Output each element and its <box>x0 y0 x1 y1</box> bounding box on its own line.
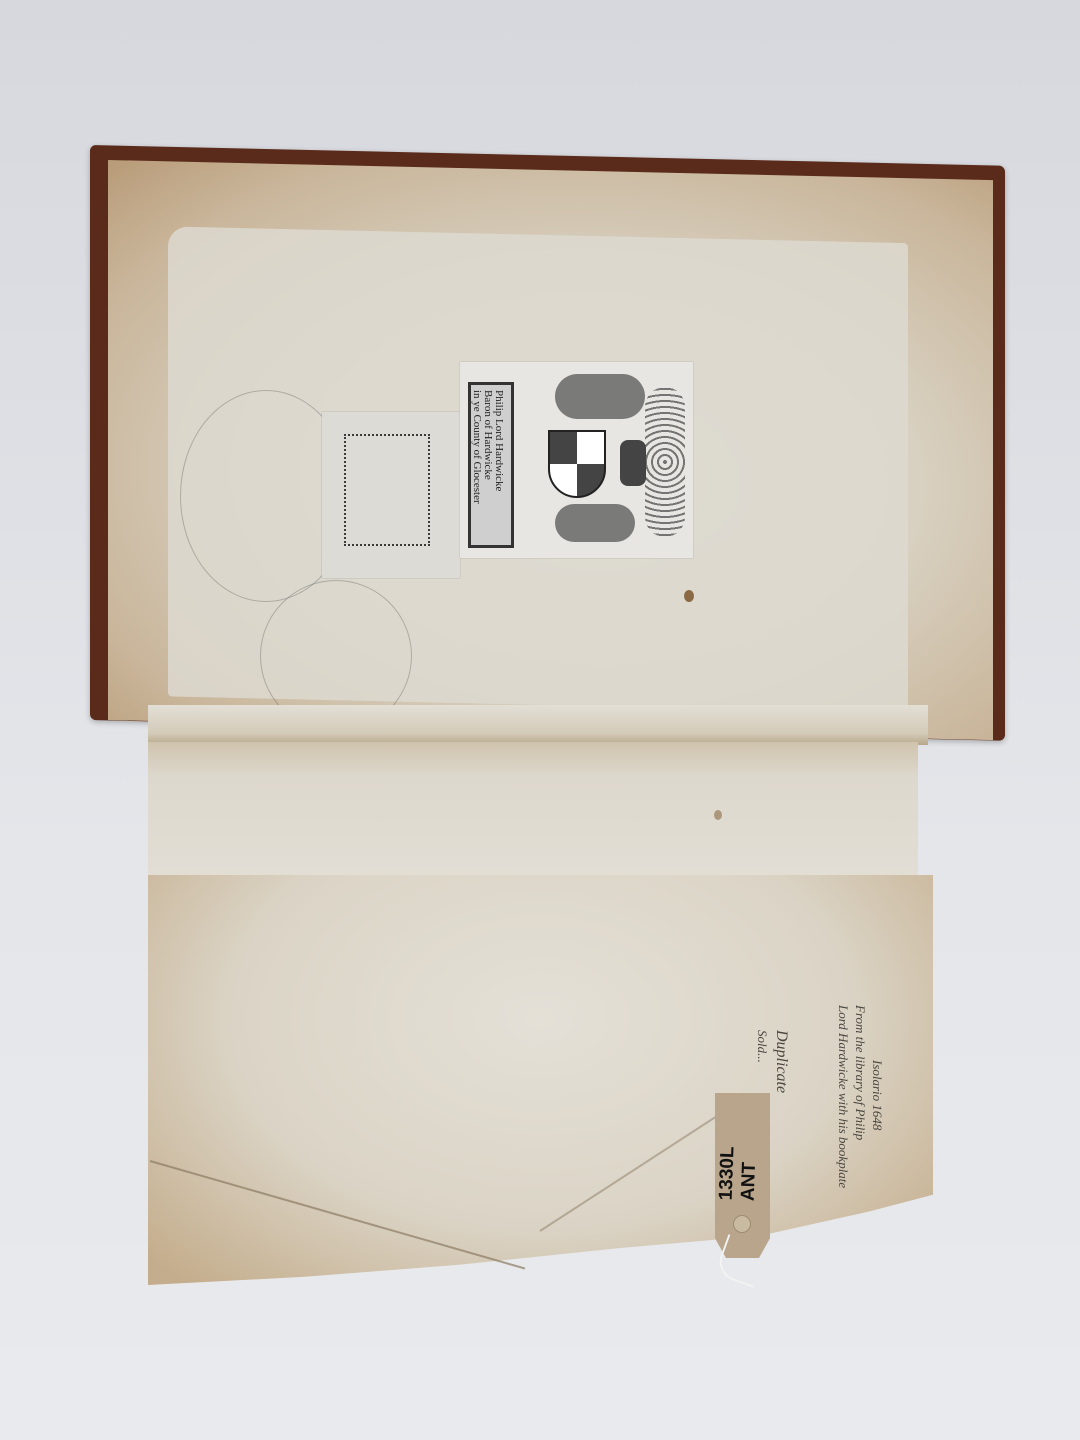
tag-text: 1330LANT <box>716 1150 762 1202</box>
owner-line-1: Philip Lord Hardwicke <box>493 390 505 491</box>
handwritten-note-line: Duplicate <box>772 1030 790 1093</box>
foxing-stain <box>714 810 722 820</box>
owner-line-2: Baron of Hardwicke <box>482 390 494 480</box>
mantling-scroll-icon <box>645 387 685 537</box>
coronet-icon <box>620 440 646 486</box>
flyleaf-fold <box>148 742 918 880</box>
inventory-tag: 1330LANT <box>715 1093 770 1258</box>
handwritten-note-line: From the library of Philip <box>852 1005 868 1140</box>
ornamental-border <box>344 434 430 546</box>
tag-line-2: ANT <box>738 1162 760 1202</box>
handwritten-note-line: Lord Hardwicke with his bookplate <box>835 1005 851 1188</box>
small-pasted-label <box>322 412 460 578</box>
coat-of-arms-shield-icon <box>548 430 606 498</box>
handwritten-note-line: Isolario 1648 <box>869 1060 885 1130</box>
tag-eyelet <box>733 1215 751 1233</box>
handwritten-note-line: Sold... <box>754 1030 770 1063</box>
stag-supporter-icon <box>555 504 635 542</box>
armorial-bookplate: Philip Lord Hardwicke Baron of Hardwicke… <box>460 362 693 558</box>
tag-line-1: 1330L <box>716 1146 739 1201</box>
bookplate-owner-text: Philip Lord Hardwicke Baron of Hardwicke… <box>474 390 504 540</box>
foxing-stain <box>684 590 694 602</box>
lion-supporter-icon <box>555 374 645 419</box>
hinge-strip <box>148 705 928 745</box>
free-endleaf <box>148 875 933 1285</box>
owner-line-3: in ye County of Glocester <box>471 390 483 504</box>
